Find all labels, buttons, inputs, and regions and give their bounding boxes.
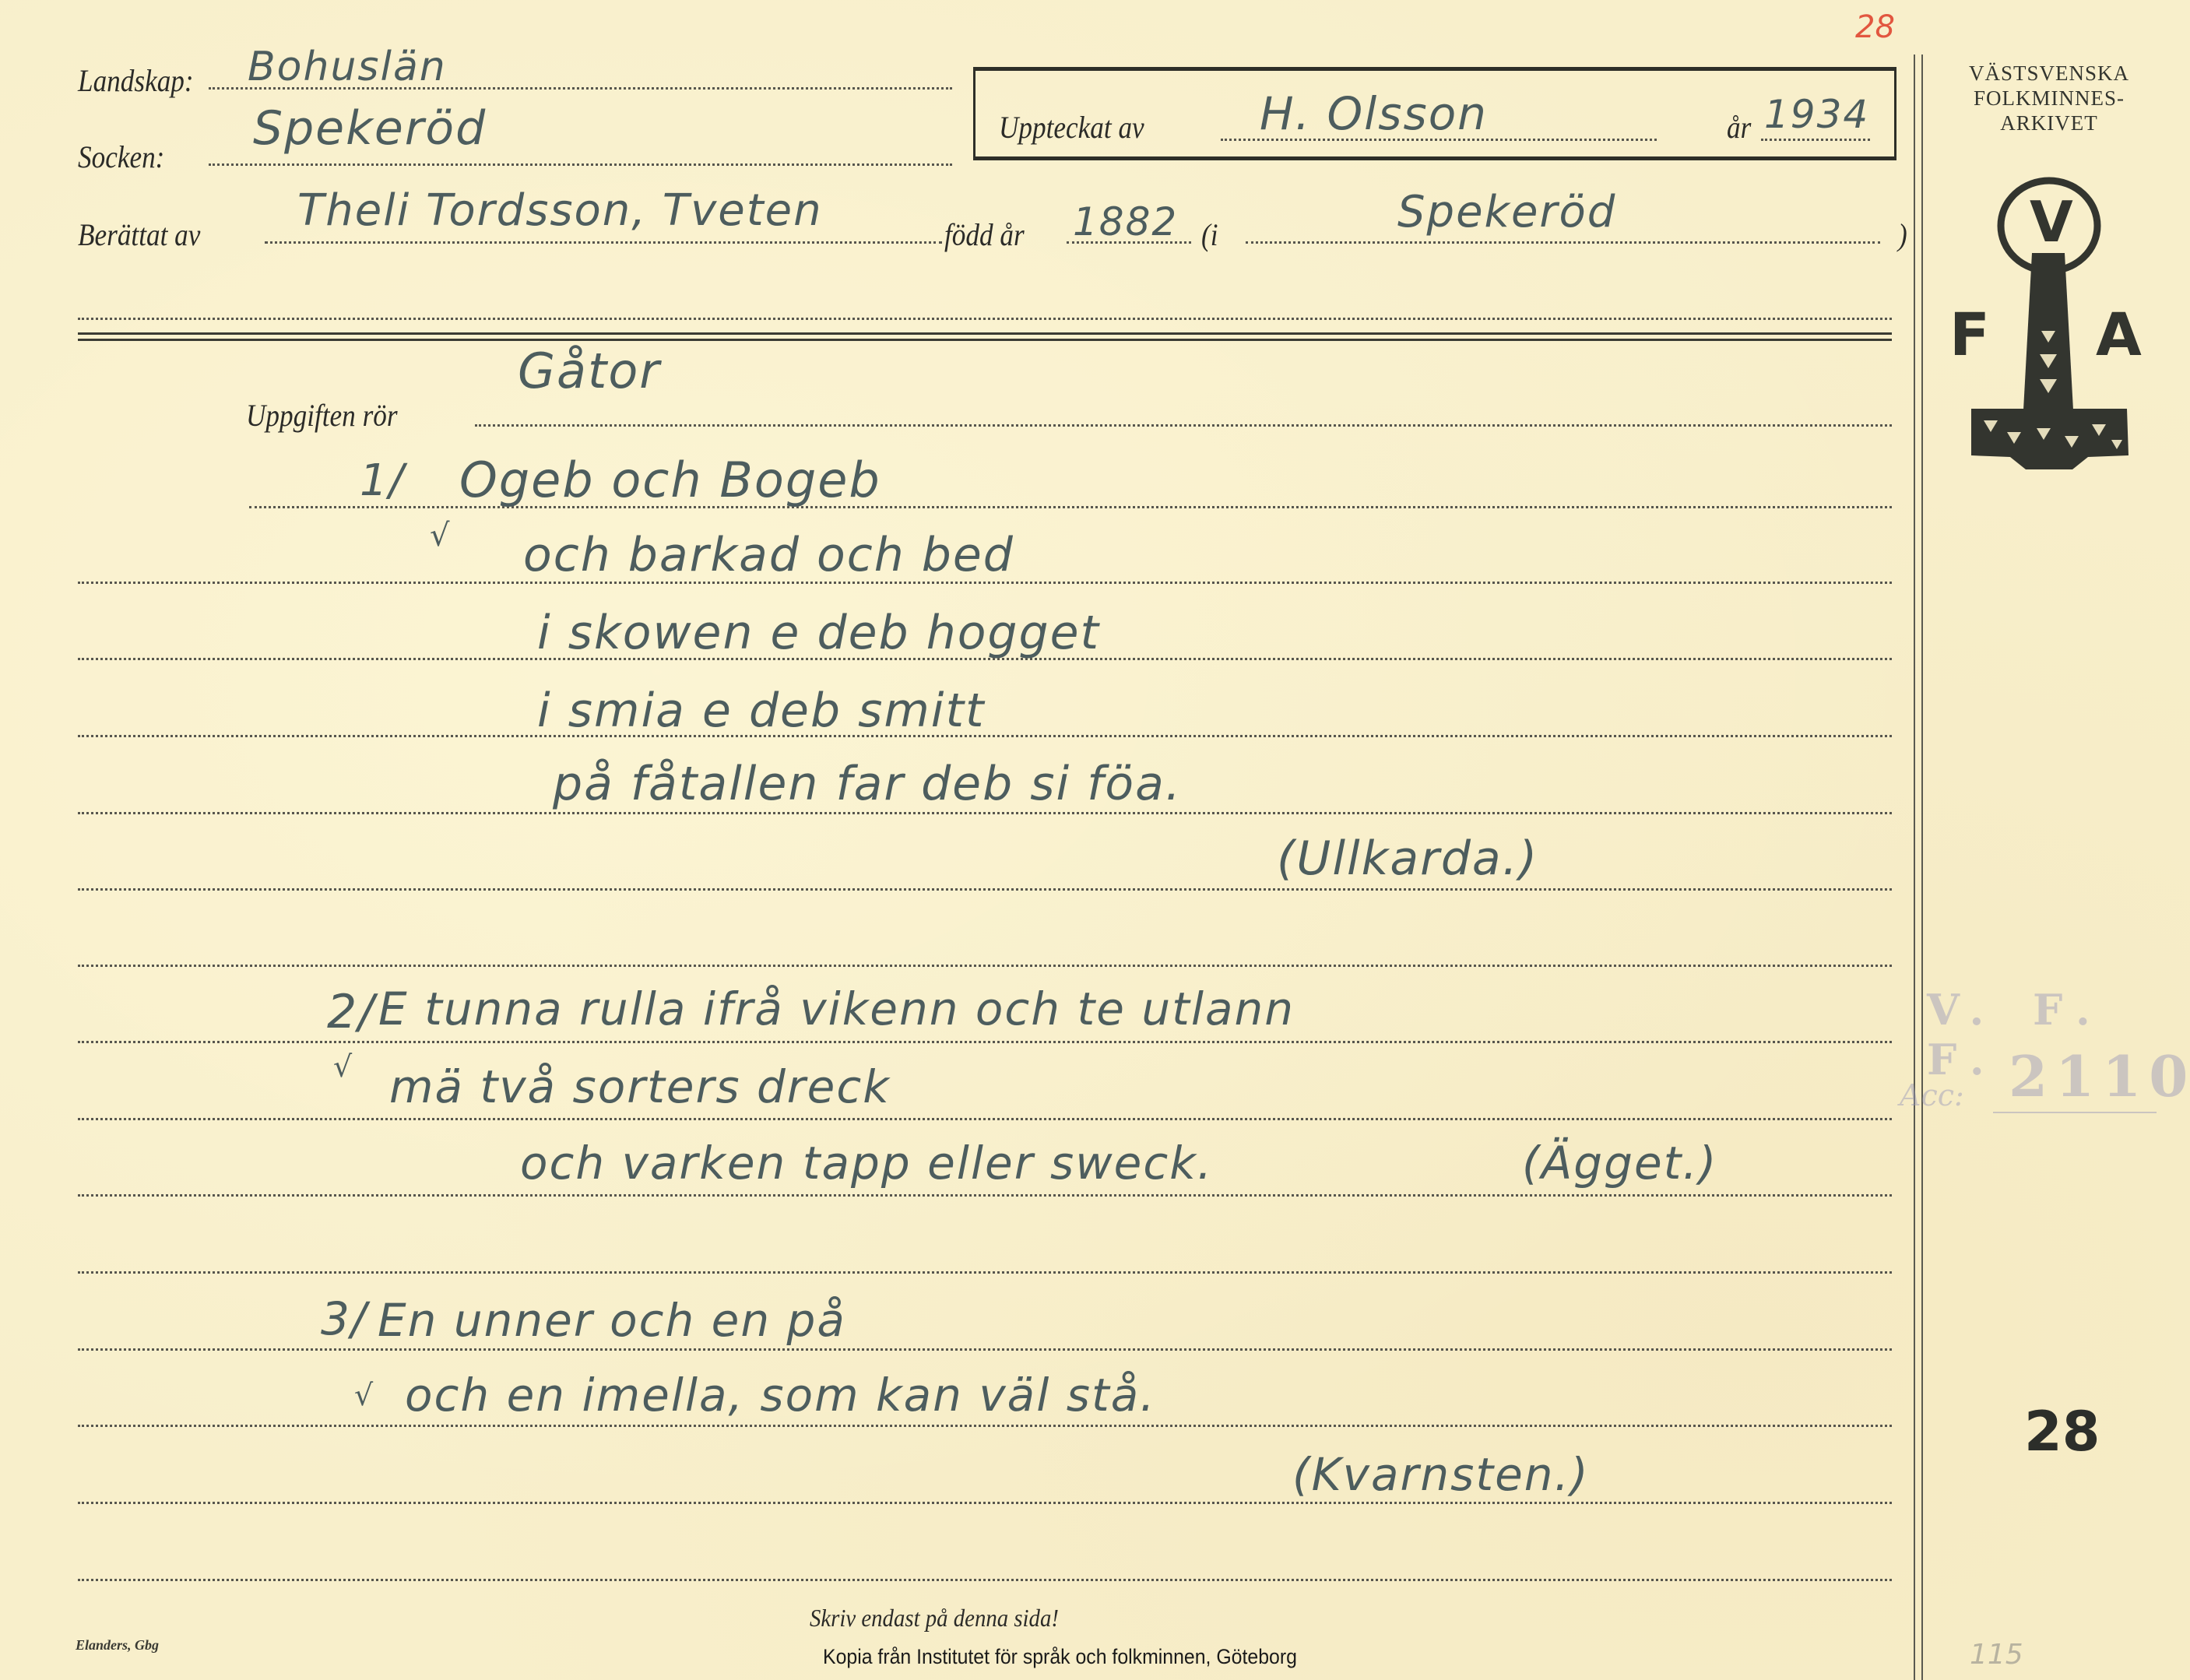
value-fodd-i: Spekeröd (1397, 187, 1616, 237)
riddle-answer: (Kvarnsten.) (1292, 1448, 1590, 1501)
writing-rule-5 (78, 812, 1892, 814)
archive-name-line-2: FOLKMINNES- (1932, 86, 2166, 111)
value-socken: Spekeröd (253, 101, 487, 156)
berattat-av-rule (265, 241, 942, 244)
writing-rule-10 (78, 1194, 1892, 1197)
logo-letter-a: A (2096, 300, 2142, 369)
riddle-number: 1/ (360, 455, 406, 506)
riddle-line: Ogeb och Bogeb (459, 452, 881, 508)
archive-name-line-1: VÄSTSVENSKA (1932, 61, 2166, 86)
socken-rule (209, 163, 952, 166)
value-uppteckat-av: H. Olsson (1260, 87, 1488, 140)
fodd-i-rule (1246, 241, 1880, 244)
label-ar: år (1727, 109, 1751, 146)
value-landskap: Bohuslän (248, 44, 447, 90)
accession-number: 2110 (2009, 1043, 2190, 1109)
accession-stamp-prefix: Acc: (1900, 1078, 1964, 1112)
uppgiften-ror-rule (475, 424, 1892, 427)
vfa-logo: V F A (1932, 167, 2166, 479)
paper-background (0, 0, 2190, 1680)
riddle-line: på fåtallen far deb si föa. (553, 757, 1182, 811)
writing-rule-11 (78, 1271, 1892, 1274)
label-berattat-av: Berättat av (78, 216, 200, 253)
riddle-line: och varken tapp eller sweck. (520, 1137, 1213, 1190)
logo-letter-f: F (1949, 300, 1990, 369)
copy-notice: Kopia från Institutet för språk och folk… (823, 1645, 1297, 1669)
red-page-number: 28 (1855, 9, 1895, 45)
value-fodd-ar: 1882 (1073, 199, 1178, 244)
write-one-side-instruction: Skriv endast på denna sida! (810, 1604, 1059, 1633)
value-ar: 1934 (1764, 92, 1869, 137)
riddle-answer: (Ägget.) (1522, 1137, 1717, 1190)
writing-rule-6 (78, 888, 1892, 891)
writing-rule-13 (78, 1425, 1892, 1427)
value-uppgiften-ror: Gåtor (518, 343, 661, 399)
riddle-line: i skowen e deb hogget (537, 606, 1100, 660)
label-socken: Socken: (78, 139, 164, 175)
writing-rule-7 (78, 965, 1892, 967)
riddle-line: och barkad och bed (523, 528, 1014, 582)
riddle-line: En unner och en på (378, 1294, 846, 1347)
printer-imprint: Elanders, Gbg (76, 1637, 159, 1654)
column-divider-right (1921, 54, 1923, 1680)
check-mark: √ (430, 518, 452, 554)
ar-rule (1761, 139, 1870, 141)
double-rule-top (78, 332, 1892, 335)
label-fodd-i-close: ) (1898, 216, 1907, 253)
riddle-number: 3/ (321, 1292, 367, 1345)
check-mark: √ (354, 1378, 374, 1412)
writing-rule-12 (78, 1348, 1892, 1351)
check-mark: √ (333, 1049, 353, 1084)
blank-header-rule (78, 318, 1892, 320)
riddle-line: mä två sorters dreck (389, 1060, 891, 1113)
label-fodd-ar: född år (944, 216, 1025, 253)
logo-letter-v: V (2030, 189, 2073, 255)
writing-rule-9 (78, 1118, 1892, 1120)
label-fodd-i-open: (i (1201, 216, 1218, 253)
label-uppteckat-av: Uppteckat av (999, 109, 1144, 146)
riddle-line: i smia e deb smitt (537, 684, 986, 738)
riddle-line: och en imella, som kan väl stå. (405, 1369, 1156, 1422)
sheet-number: 28 (2024, 1400, 2100, 1464)
column-divider-left (1914, 54, 1915, 1680)
accession-underline (1993, 1112, 2157, 1113)
riddle-answer: (Ullkarda.) (1277, 831, 1538, 886)
riddle-number: 2/ (327, 985, 375, 1039)
double-rule-bottom (78, 339, 1892, 341)
label-uppgiften-ror: Uppgiften rör (246, 397, 398, 434)
writing-rule-8 (78, 1041, 1892, 1043)
value-berattat-av: Theli Tordsson, Tveten (297, 185, 823, 236)
writing-rule-15 (78, 1579, 1892, 1581)
label-landskap: Landskap: (78, 62, 194, 99)
archive-name-line-3: ARKIVET (1932, 111, 2166, 136)
writing-rule-14 (78, 1502, 1892, 1504)
pencil-note: 115 (1970, 1639, 2023, 1671)
riddle-line: E tunna rulla ifrå vikenn och te utlann (378, 982, 1295, 1035)
